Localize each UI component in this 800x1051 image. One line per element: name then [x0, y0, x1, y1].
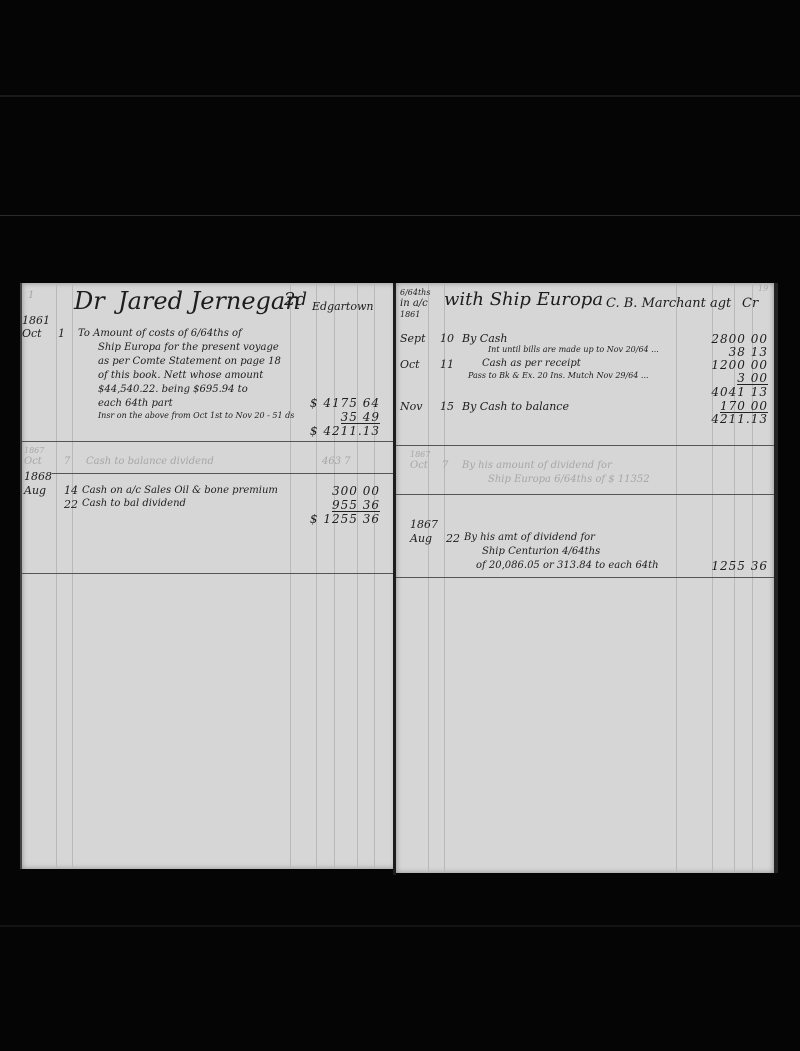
account-holder-rank: 2d — [284, 291, 307, 309]
column-rule — [444, 283, 445, 873]
entry-year: 1861 — [22, 315, 50, 326]
entry-total: 4211.13 — [711, 413, 768, 425]
header-agent: C. B. Marchant agt — [606, 297, 731, 310]
entry-amount: 2800 00 — [711, 333, 768, 345]
header-in-account: in a/c — [400, 299, 428, 309]
entry-amount: 300 00 — [332, 485, 380, 497]
column-rule — [290, 283, 291, 869]
page-mark: 1 — [28, 291, 34, 301]
entry-amount: 1255 36 — [711, 560, 768, 572]
entry-amount: $ 4175 64 — [310, 397, 380, 409]
column-rule — [334, 283, 335, 869]
entry-month: Sept — [400, 333, 426, 344]
section-divider — [22, 441, 396, 442]
section-divider — [396, 445, 774, 446]
section-divider — [396, 494, 774, 495]
account-holder-place: Edgartown — [312, 301, 373, 312]
ledger-right-page: 6/64ths in a/c 1861 with Ship Europa C. … — [396, 283, 778, 873]
entry-day: 15 — [440, 401, 454, 412]
page-mark: 19 — [758, 285, 768, 293]
entry-line: as per Comte Statement on page 18 — [98, 357, 281, 367]
entry-line: Cash on a/c Sales Oil & bone premium — [82, 486, 278, 496]
entry-day: 14 — [64, 485, 78, 496]
entry-day: 10 — [440, 333, 454, 344]
section-divider — [22, 573, 396, 574]
account-holder-name: Jared Jernegan — [118, 289, 301, 313]
background-band — [0, 925, 800, 927]
entry-month: Oct — [24, 457, 42, 467]
entry-year: 1867 — [410, 519, 438, 530]
header-ship: with Ship Europa — [444, 291, 603, 309]
column-rule — [316, 283, 317, 869]
column-rule — [357, 283, 358, 869]
entry-amount: 463 7 — [322, 457, 351, 467]
entry-line: each 64th part — [98, 399, 173, 409]
entry-line: Cash to balance dividend — [86, 457, 214, 467]
entry-year: 1867 — [24, 447, 44, 455]
entry-line: Ship Europa 6/64ths of $ 11352 — [488, 475, 650, 485]
entry-line: By his amt of dividend for — [464, 533, 595, 543]
section-divider — [52, 473, 396, 474]
entry-month: Oct — [400, 359, 420, 370]
header-year: 1861 — [400, 311, 420, 319]
column-rule — [374, 283, 375, 869]
entry-amount: 3 00 — [737, 372, 768, 385]
entry-month: Oct — [410, 461, 428, 471]
entry-line: By Cash to balance — [462, 401, 569, 412]
entry-total: $ 4211.13 — [310, 425, 380, 437]
entry-day: 22 — [64, 499, 78, 510]
column-rule — [428, 283, 429, 873]
entry-day: 7 — [442, 461, 448, 471]
entry-line: By Cash — [462, 333, 508, 344]
entry-line: Cash as per receipt — [482, 359, 581, 369]
entry-month: Oct — [22, 328, 42, 339]
entry-amount: 38 13 — [729, 346, 768, 358]
entry-month: Aug — [24, 485, 46, 496]
entry-amount: 35 49 — [341, 411, 380, 424]
entry-day: 1 — [58, 328, 65, 339]
section-divider — [396, 577, 774, 578]
header-dr: Dr — [74, 289, 105, 313]
column-rule — [676, 283, 677, 873]
entry-line: By his amount of dividend for — [462, 461, 612, 471]
entry-line: Cash to bal dividend — [82, 499, 186, 509]
entry-line: Ship Europa for the present voyage — [98, 343, 279, 353]
column-rule — [72, 283, 73, 869]
entry-line: of this book. Nett whose amount — [98, 371, 263, 381]
header-fraction: 6/64ths — [400, 289, 430, 297]
entry-amount: 1200 00 — [711, 359, 768, 371]
entry-year: 1867 — [410, 451, 430, 459]
entry-day: 22 — [446, 533, 460, 544]
background-band — [0, 95, 800, 97]
column-rule — [56, 283, 57, 869]
entry-total: $ 1255 36 — [310, 513, 380, 525]
entry-year: 1868 — [24, 471, 52, 482]
entry-month: Aug — [410, 533, 432, 544]
entry-line: Insr on the above from Oct 1st to Nov 20… — [98, 412, 294, 420]
entry-amount: 955 36 — [332, 499, 380, 512]
background-band — [0, 215, 800, 216]
entry-line: Pass to Bk & Ex. 20 Ins. Mutch Nov 29/64… — [468, 372, 649, 380]
entry-day: 11 — [440, 359, 454, 370]
entry-line: Ship Centurion 4/64ths — [482, 547, 600, 557]
entry-line: of 20,086.05 or 313.84 to each 64th — [476, 561, 659, 571]
entry-line: To Amount of costs of 6/64ths of — [78, 329, 242, 339]
entry-line: $44,540.22. being $695.94 to — [98, 385, 248, 395]
entry-subtotal: 4041 13 — [711, 386, 768, 398]
entry-day: 7 — [64, 457, 70, 467]
header-cr: Cr — [742, 297, 758, 310]
entry-month: Nov — [400, 401, 422, 412]
entry-line: Int until bills are made up to Nov 20/64… — [488, 346, 659, 354]
ledger-left-page: 1 Dr Jared Jernegan 2d Edgartown 1861 Oc… — [20, 283, 396, 869]
